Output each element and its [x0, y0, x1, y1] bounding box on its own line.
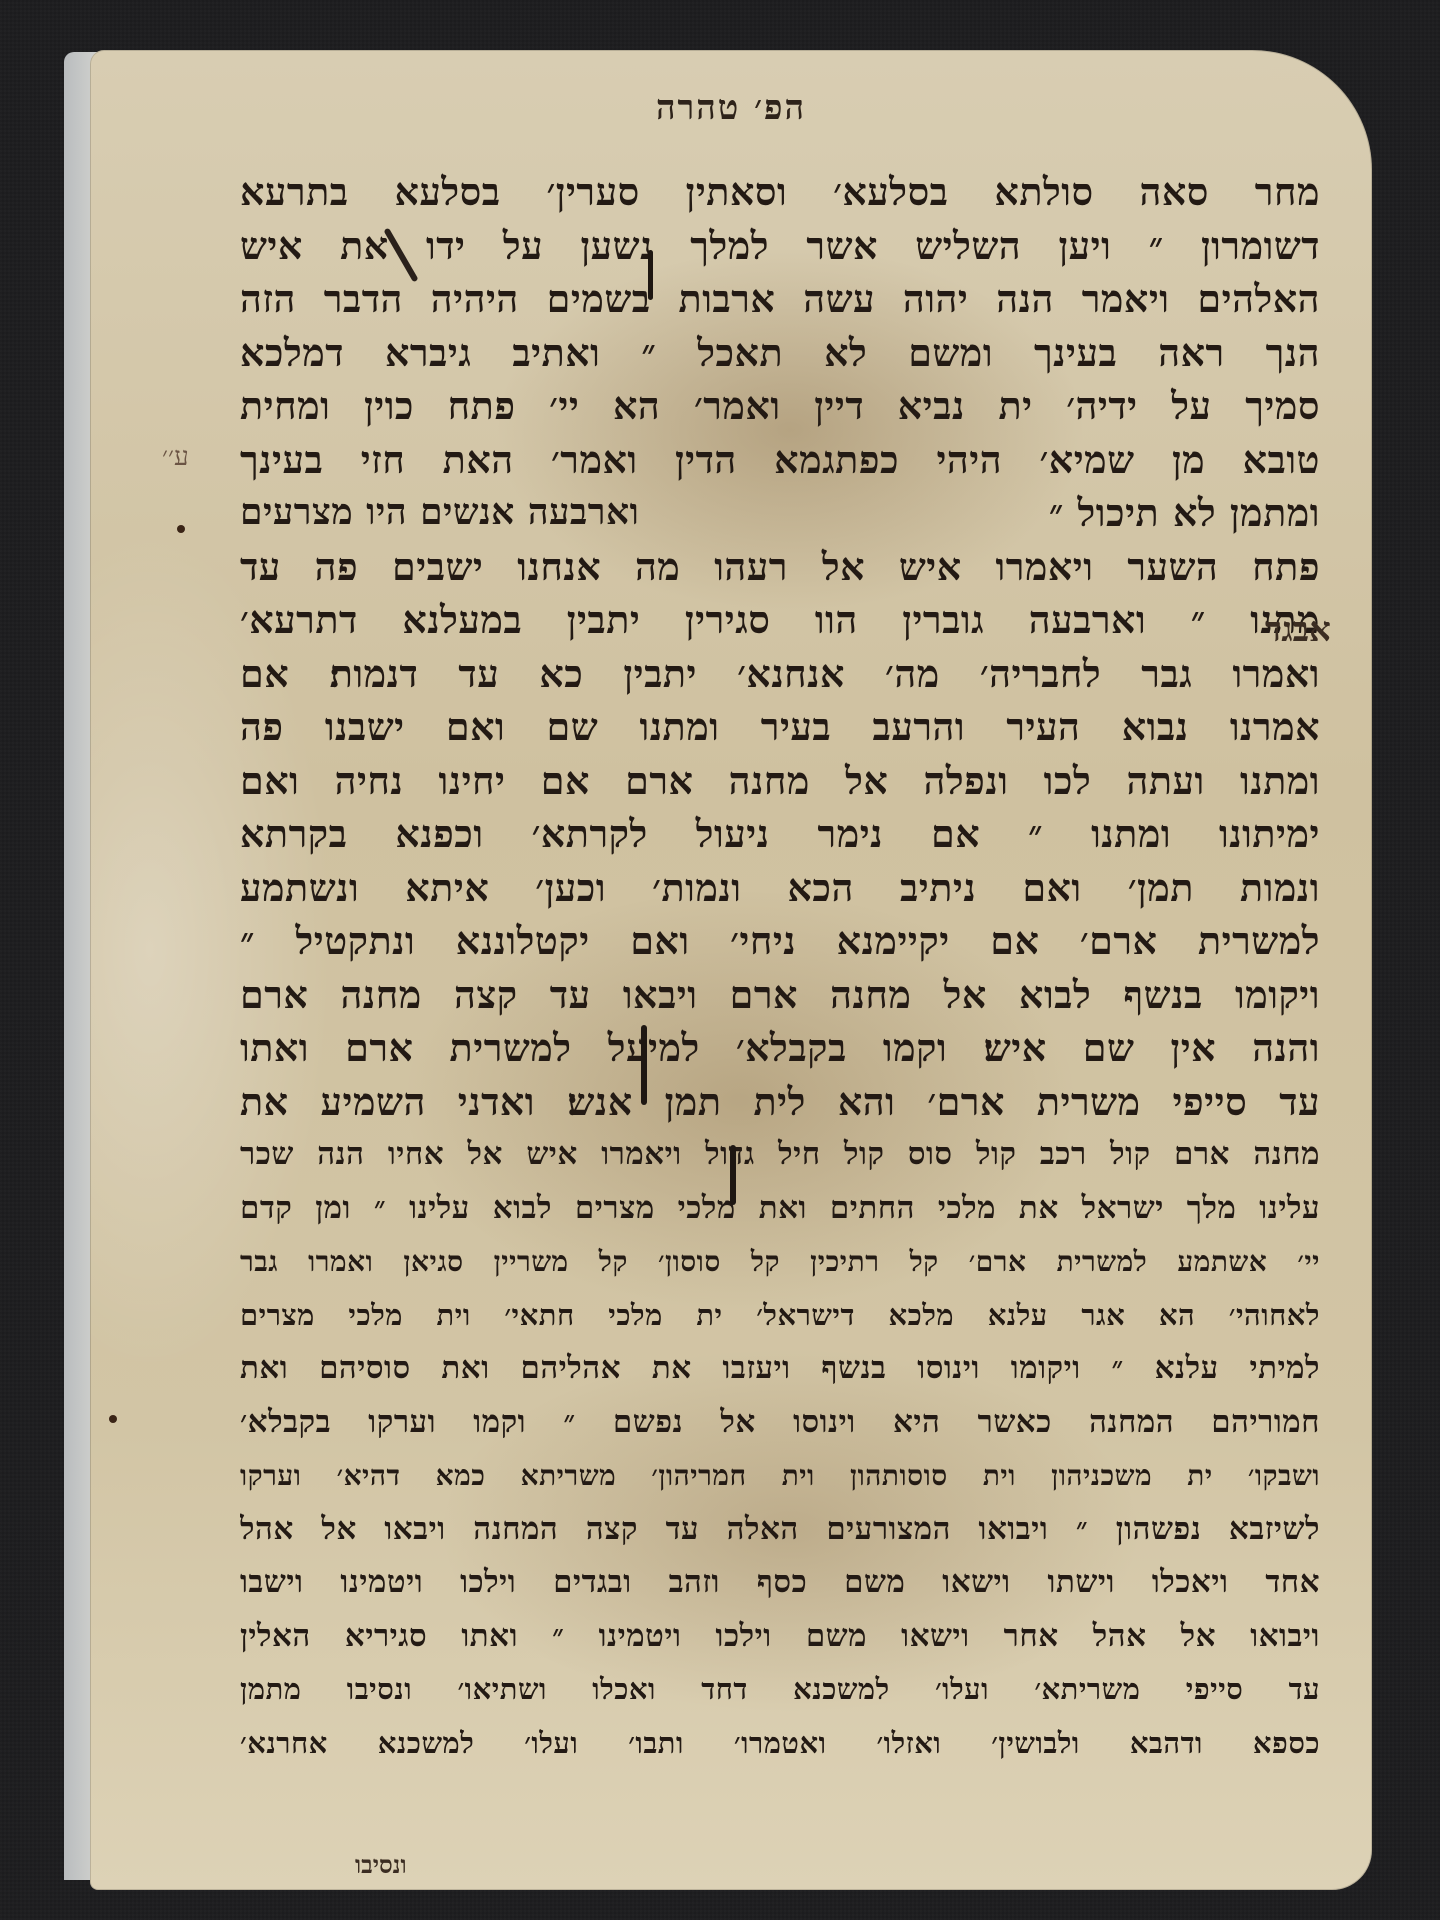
text-line: טובא מן שמיא׳ היהי כפתגמא הדין ואמר׳ האת…	[240, 433, 1320, 487]
text-line: אמרנו נבוא העיר והרעב בעיר ומתנו שם ואם …	[240, 700, 1320, 754]
text-line: כספא ודהבא ולבושין׳ ואזלו׳ ואטמרו׳ ותבו׳…	[240, 1717, 1320, 1771]
text-line: והנה אין שם איש׃ וקמו בקבלא׳ למיעל למשרי…	[240, 1021, 1320, 1075]
ink-dot	[177, 525, 185, 533]
margin-note-left: ע׳׳	[162, 442, 189, 472]
text-line: ושבקו׳ ית משכניהון וית סוסותהון וית חמרי…	[240, 1449, 1320, 1503]
text-line: ויקומו בנשף לבוא אל מחנה ארם ויבאו עד קצ…	[240, 968, 1320, 1022]
main-text-block: מחר סאה סולתא בסלעא׳ וסאתין סערין׳ בסלעא…	[240, 165, 1320, 1770]
margin-note-right: אבגד	[1265, 610, 1331, 650]
text-line-part: וארבעה אנשים היו מצרעים	[240, 486, 639, 540]
text-line: לשיזבא נפשהון ״ ויבואו המצורעים האלה עד …	[240, 1503, 1320, 1557]
catchword: ונסיבו	[355, 1850, 407, 1880]
text-line: מחנה ארם קול רכב קול סוס קול חיל גדול וי…	[240, 1128, 1320, 1182]
text-line: למיתי עלנא ״ ויקומו וינוסו בנשף ויעזבו א…	[240, 1342, 1320, 1396]
ink-stroke-mark	[730, 1145, 736, 1205]
manuscript-leaf: הפ׳ טהרה מחר סאה סולתא בסלעא׳ וסאתין סער…	[90, 50, 1372, 1890]
text-line-part: ומתמן לא תיכול ״	[1049, 486, 1320, 540]
text-line: ואמרו גבר לחבריה׳ מה׳ אנחנא׳ יתבין כא עד…	[240, 647, 1320, 701]
text-line: מחר סאה סולתא בסלעא׳ וסאתין סערין׳ בסלעא…	[240, 165, 1320, 219]
text-line: עלינו מלך ישראל את מלכי החתים ואת מלכי מ…	[240, 1182, 1320, 1236]
page-header: הפ׳ טהרה	[90, 88, 1372, 128]
text-line: אחד ויאכלו וישתו וישאו משם כסף וזהב ובגד…	[240, 1556, 1320, 1610]
ink-dot	[109, 1415, 117, 1423]
text-line: ומתנו ועתה לכו ונפלה אל מחנה ארם אם יחינ…	[240, 754, 1320, 808]
text-line: האלהים ויאמר הנה יהוה עשה ארבות בשמים הי…	[240, 272, 1320, 326]
text-line: עד סייפי משרית ארם׳ והא לית תמן אנש׃ ואד…	[240, 1075, 1320, 1129]
text-line: חמוריהם המחנה כאשר היא וינוסו אל נפשם ״ …	[240, 1396, 1320, 1450]
ink-stroke-mark	[648, 250, 653, 300]
text-line: ימיתונו ומתנו ״ אם נימר ניעול לקרתא׳ וכפ…	[240, 807, 1320, 861]
ink-stroke-mark	[641, 1025, 647, 1105]
text-line: למשרית ארם׳ אם יקיימנא ניחי׳ ואם יקטלוננ…	[240, 914, 1320, 968]
text-line: לאחוהי׳ הא אגר עלנא מלכא דישראל׳ ית מלכי…	[240, 1289, 1320, 1343]
text-line: יי׳ אשתמע למשרית ארם׳ קל רתיכין קל סוסון…	[240, 1235, 1320, 1289]
text-line: ויבואו אל אהל אחר וישאו משם וילכו ויטמינ…	[240, 1610, 1320, 1664]
text-line: ונמות תמן׳ ואם ניתיב הכא ונמות׳ וכען׳ אי…	[240, 861, 1320, 915]
text-line: פתח השער ויאמרו איש אל רעהו מה אנחנו ישב…	[240, 540, 1320, 594]
text-line: סמיך על ידיה׳ ית נביא דיין ואמר׳ הא יי׳ …	[240, 379, 1320, 433]
text-line: הנך ראה בעינך ומשם לא תאכל ״ ואתיב גיברא…	[240, 326, 1320, 380]
text-line: מתנו ״ וארבעה גוברין הוו סגירין יתבין במ…	[240, 593, 1320, 647]
text-line: עד סייפי משריתא׳ ועלו׳ למשכנא דחד ואכלו …	[240, 1663, 1320, 1717]
text-line-split: ומתמן לא תיכול ״ וארבעה אנשים היו מצרעים	[240, 486, 1320, 540]
